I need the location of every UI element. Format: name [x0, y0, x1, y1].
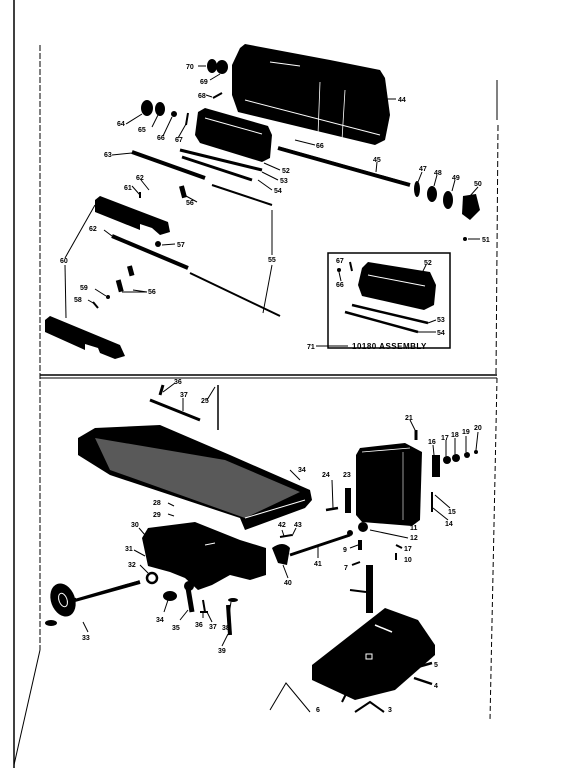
label-28: 28 [153, 500, 161, 507]
label-70: 70 [186, 64, 194, 71]
label-16: 16 [428, 439, 436, 446]
inset-label-66: 66 [336, 282, 344, 289]
label-36: 36 [174, 379, 182, 386]
assembly-inset: 67 66 52 53 54 71 10180 ASSEMBLY [307, 253, 450, 351]
label-45: 45 [373, 157, 381, 164]
part-hub-50 [462, 194, 480, 220]
label-44: 44 [398, 97, 406, 104]
label-24: 24 [322, 472, 330, 479]
part-cabinet-11 [356, 443, 422, 526]
part-collar-48 [427, 186, 437, 202]
label-55: 55 [268, 257, 276, 264]
part-20 [474, 450, 478, 454]
label-7: 7 [344, 565, 348, 572]
label-17-lower: 17 [404, 546, 412, 553]
label-14: 14 [445, 521, 453, 528]
part-cap-65 [155, 102, 165, 116]
part-casting-30 [142, 522, 266, 590]
part-pin-68 [213, 93, 222, 98]
label-67: 67 [175, 137, 183, 144]
label-32: 32 [128, 562, 136, 569]
part-plate-60-lower [45, 316, 125, 359]
part-base [312, 608, 435, 700]
part-12 [358, 522, 368, 532]
part-rod-41 [290, 535, 350, 555]
part-cap-69 [216, 60, 228, 74]
label-37: 37 [180, 392, 188, 399]
label-25: 25 [201, 398, 209, 405]
label-69: 69 [200, 79, 208, 86]
label-39: 39 [218, 648, 226, 655]
part-18 [452, 454, 460, 462]
lower-panel: 36 37 25 34 21 16 [45, 379, 482, 714]
part-17 [443, 456, 451, 464]
upper-panel: 70 69 68 44 66 64 65 66 67 63 52 53 54 4… [45, 44, 490, 359]
label-53: 53 [280, 178, 288, 185]
part-cap-70 [207, 59, 217, 73]
label-3: 3 [388, 707, 392, 714]
parts-diagram: 70 69 68 44 66 64 65 66 67 63 52 53 54 4… [0, 0, 576, 768]
label-12: 12 [410, 535, 418, 542]
label-40: 40 [284, 580, 292, 587]
assembly-caption: 10180 ASSEMBLY [352, 342, 427, 351]
label-47: 47 [419, 166, 427, 173]
label-9: 9 [343, 547, 347, 554]
part-23 [345, 488, 351, 513]
part-pin-36 [160, 385, 163, 395]
part-8 [366, 565, 373, 613]
label-65: 65 [138, 127, 146, 134]
part-pin-67 [186, 113, 188, 125]
label-52: 52 [282, 168, 290, 175]
part-clip-56b [116, 279, 124, 292]
part-40 [272, 544, 290, 565]
part-lever-35 [188, 588, 192, 612]
label-51: 51 [482, 237, 490, 244]
label-62: 62 [136, 175, 144, 182]
part-rod-55-upper [212, 185, 272, 205]
label-68: 68 [198, 93, 206, 100]
label-20: 20 [474, 425, 482, 432]
label-6: 6 [316, 707, 320, 714]
part-table-34 [78, 425, 312, 530]
inset-label-71: 71 [307, 344, 315, 351]
label-43: 43 [294, 522, 302, 529]
label-29: 29 [153, 512, 161, 519]
part-pin-66 [171, 111, 177, 117]
part-gear-49 [443, 191, 453, 209]
part-cap-64 [141, 100, 153, 116]
part-7 [352, 562, 360, 565]
part-19 [464, 452, 470, 458]
label-35: 35 [172, 625, 180, 632]
label-50: 50 [474, 181, 482, 188]
part-16 [432, 455, 440, 477]
label-30: 30 [131, 522, 139, 529]
label-54: 54 [274, 188, 282, 195]
label-42: 42 [278, 522, 286, 529]
part-9 [358, 540, 362, 550]
label-60: 60 [60, 258, 68, 265]
part-clip-56a [127, 265, 134, 276]
label-21: 21 [405, 415, 413, 422]
label-17: 17 [441, 435, 449, 442]
label-66: 66 [157, 135, 165, 142]
inset-label-52: 52 [424, 260, 432, 267]
label-59: 59 [80, 285, 88, 292]
part-washer-47 [414, 181, 420, 197]
label-38: 38 [222, 625, 230, 632]
part-39 [228, 598, 238, 602]
label-11: 11 [410, 525, 418, 532]
part-bar-62 [112, 236, 188, 268]
inset-label-53: 53 [437, 317, 445, 324]
label-10: 10 [404, 557, 412, 564]
label-62-lower: 62 [89, 226, 97, 233]
label-41: 41 [314, 561, 322, 568]
part-24 [326, 508, 338, 510]
part-36-lower [200, 600, 208, 612]
label-34: 34 [298, 467, 306, 474]
label-63: 63 [104, 152, 112, 159]
part-screw-51 [463, 237, 467, 241]
label-34-lower: 34 [156, 617, 164, 624]
label-23: 23 [343, 472, 351, 479]
label-18: 18 [451, 432, 459, 439]
label-31: 31 [125, 546, 133, 553]
part-handwheel-33 [45, 573, 157, 626]
label-5: 5 [434, 662, 438, 669]
label-66-upper: 66 [316, 143, 324, 150]
part-clip-56c [179, 185, 187, 198]
label-36-lower: 36 [195, 622, 203, 629]
label-48: 48 [434, 170, 442, 177]
part-rod-37 [150, 400, 200, 420]
part-plate-60-upper [95, 196, 170, 235]
label-56-lower: 56 [148, 289, 156, 296]
inset-label-54: 54 [437, 330, 445, 337]
label-61: 61 [124, 185, 132, 192]
label-57: 57 [177, 242, 185, 249]
label-15: 15 [448, 509, 456, 516]
part-3 [355, 702, 384, 712]
part-shaft-45 [278, 148, 410, 185]
label-49: 49 [452, 175, 460, 182]
label-33: 33 [82, 635, 90, 642]
label-37-lower: 37 [209, 624, 217, 631]
inset-label-67: 67 [336, 258, 344, 265]
label-56-upper: 56 [186, 200, 194, 207]
part-pin-59 [106, 295, 110, 299]
label-58: 58 [74, 297, 82, 304]
part-screw-4 [414, 678, 432, 684]
label-64: 64 [117, 121, 125, 128]
part-nut-57 [155, 241, 161, 247]
label-4: 4 [434, 683, 438, 690]
label-19: 19 [462, 429, 470, 436]
part-34-lower [163, 591, 177, 601]
